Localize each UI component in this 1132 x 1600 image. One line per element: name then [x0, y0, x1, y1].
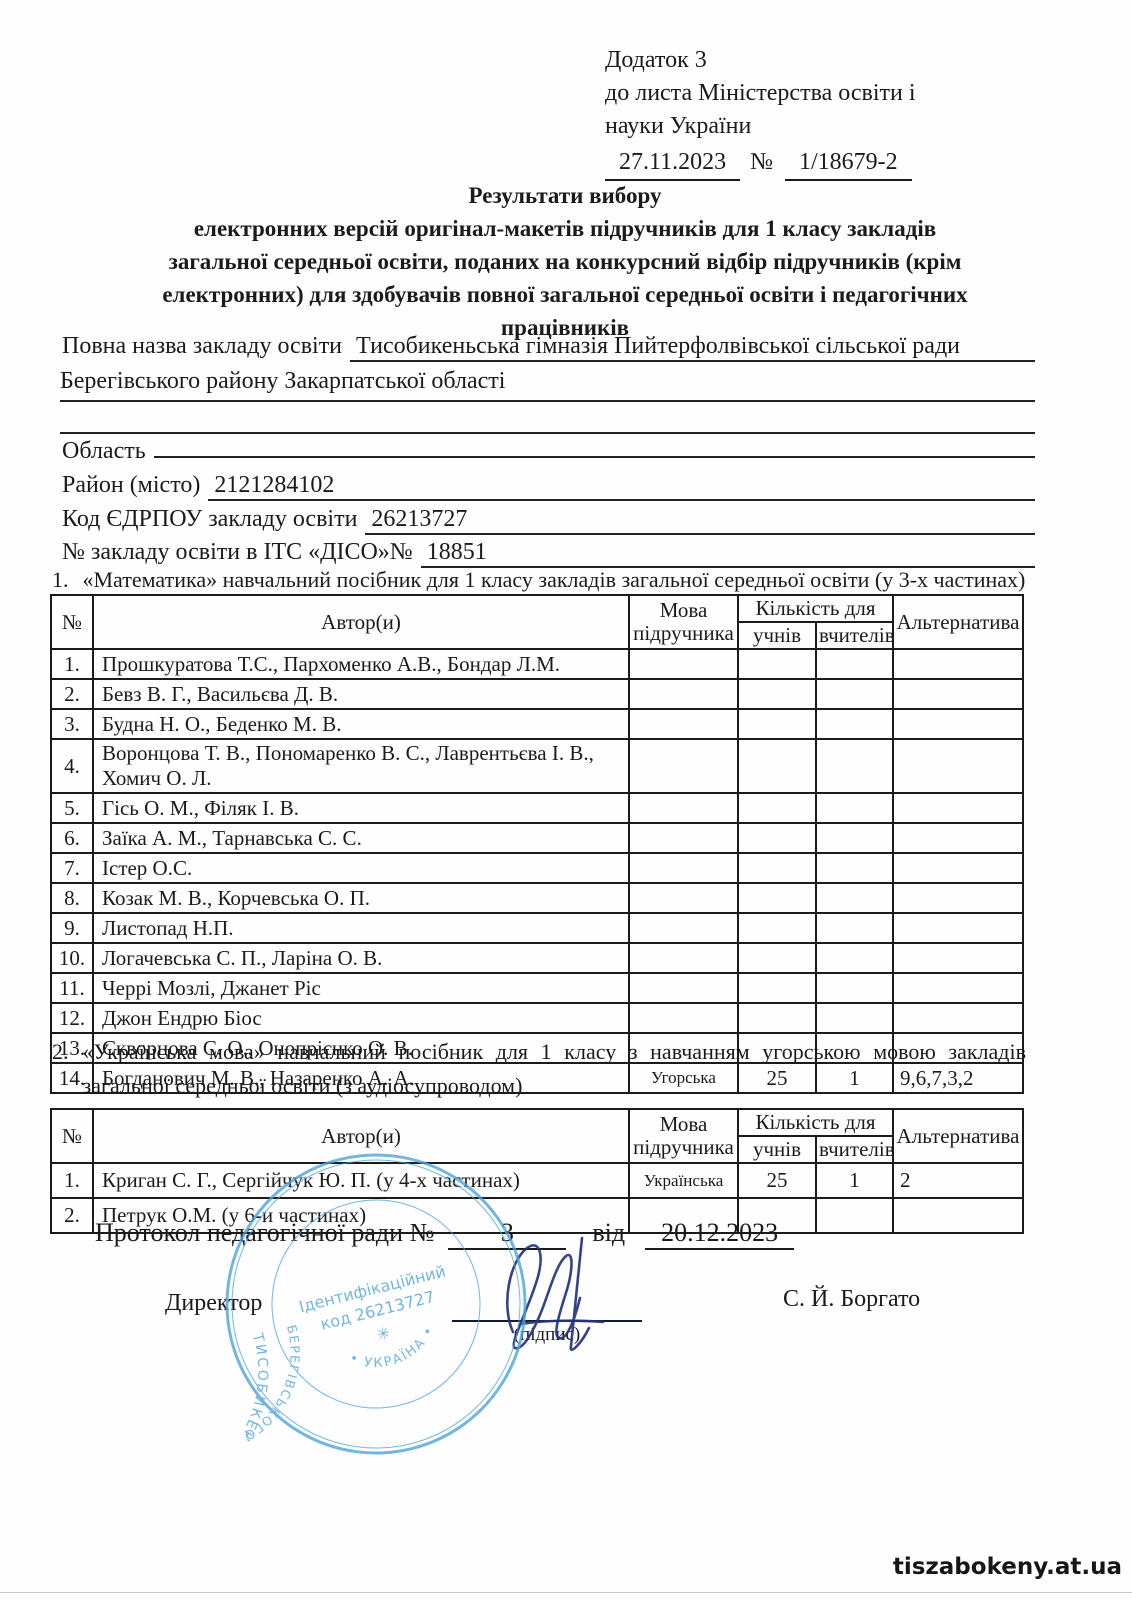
cell-alternative — [893, 943, 1023, 973]
cell-students — [738, 973, 816, 1003]
oblast-label: Область — [62, 438, 146, 465]
col-header-language: Мова підручника — [629, 1109, 738, 1163]
annex-date-row: 27.11.2023 № 1/18679-2 — [605, 146, 1085, 181]
cell-teachers — [816, 853, 893, 883]
cell-authors: Бевз В. Г., Васильєва Д. В. — [93, 679, 629, 709]
cell-teachers — [816, 739, 893, 793]
cell-authors: Джон Ендрю Біос — [93, 1003, 629, 1033]
cell-language — [629, 883, 738, 913]
cell-language — [629, 709, 738, 739]
stamp-bottom-text: • УКРАЇНА • — [342, 1321, 444, 1380]
cell-teachers — [816, 1003, 893, 1033]
col-header-alternative: Альтернатива — [893, 595, 1023, 649]
math-authors-table: № Автор(и) Мова підручника Кількість для… — [50, 594, 1024, 1094]
school-name-label: Повна назва закладу освіти — [62, 333, 342, 360]
form-field-rayon: Район (місто) 2121284102 — [62, 472, 1035, 504]
ukrainian-section-heading: 2. «Українська мова» навчальний посібник… — [52, 1036, 1026, 1101]
site-watermark: tiszabokeny.at.ua — [893, 1554, 1122, 1580]
cell-students — [738, 913, 816, 943]
table-row: 6.Заїка А. М., Тарнавська С. С. — [51, 823, 1023, 853]
table1-header: № Автор(и) Мова підручника Кількість для… — [51, 595, 1023, 649]
col-header-language-line2: підручника — [632, 622, 735, 645]
edrpou-label: Код ЄДРПОУ закладу освіти — [62, 506, 357, 533]
table-row: 9.Листопад Н.П. — [51, 913, 1023, 943]
cell-students — [738, 679, 816, 709]
stamp-outer-ring-text: ТИСОБИКЕНЬСЬКА ГІМНАЗІЯ ПИЙТЕРФОЛВІВСЬКО… — [185, 1203, 300, 1494]
cell-students — [738, 853, 816, 883]
cell-authors: Черрі Мозлі, Джанет Ріс — [93, 973, 629, 1003]
section1-number: 1. — [52, 564, 69, 595]
title-line: загальної середньої освіти, поданих на к… — [58, 245, 1072, 278]
cell-teachers — [816, 943, 893, 973]
table-row: 5.Гісь О. М., Філяк І. В. — [51, 793, 1023, 823]
col-header-num: № — [51, 595, 93, 649]
cell-authors: Будна Н. О., Беденко М. В. — [93, 709, 629, 739]
cell-num: 12. — [51, 1003, 93, 1033]
cell-num: 2. — [51, 1198, 93, 1233]
cell-language — [629, 649, 738, 679]
form-field-edrpou: Код ЄДРПОУ закладу освіти 26213727 — [62, 506, 1035, 538]
cell-alternative — [893, 649, 1023, 679]
cell-num: 1. — [51, 1163, 93, 1198]
col-header-language: Мова підручника — [629, 595, 738, 649]
col-header-language-line2: підручника — [632, 1136, 735, 1159]
cell-teachers — [816, 883, 893, 913]
cell-teachers — [816, 913, 893, 943]
cell-teachers — [816, 679, 893, 709]
rayon-label: Район (місто) — [62, 472, 200, 499]
cell-language — [629, 739, 738, 793]
annex-number: 1/18679-2 — [785, 146, 912, 181]
cell-teachers — [816, 1198, 893, 1233]
cell-authors: Заїка А. М., Тарнавська С. С. — [93, 823, 629, 853]
table-row: 3.Будна Н. О., Беденко М. В. — [51, 709, 1023, 739]
edrpou-value: 26213727 — [365, 506, 1035, 535]
cell-teachers: 1 — [816, 1163, 893, 1198]
title-line: Результати вибору — [58, 179, 1072, 212]
math-section-heading: 1. «Математика» навчальний посібник для … — [52, 564, 1026, 595]
school-name-value: Тисобикеньська гімназія Пийтерфолвівсько… — [350, 333, 1035, 362]
cell-num: 10. — [51, 943, 93, 973]
title-line: електронних версій оригінал-макетів підр… — [58, 212, 1072, 245]
cell-language — [629, 853, 738, 883]
table1-body: 1.Прошкуратова Т.С., Пархоменко А.В., Бо… — [51, 649, 1023, 1093]
cell-teachers — [816, 793, 893, 823]
table-row: 10.Логачевська С. П., Ларіна О. В. — [51, 943, 1023, 973]
col-header-language-line1: Мова — [632, 1113, 735, 1136]
cell-num: 1. — [51, 649, 93, 679]
cell-language — [629, 943, 738, 973]
cell-authors: Воронцова Т. В., Пономаренко В. С., Лавр… — [93, 739, 629, 793]
cell-language — [629, 1003, 738, 1033]
page-title: Результати виборуелектронних версій ориг… — [58, 179, 1072, 344]
cell-alternative — [893, 709, 1023, 739]
cell-alternative — [893, 913, 1023, 943]
cell-alternative — [893, 1003, 1023, 1033]
form-field-school-name-line2: Берегівського району Закарпатської облас… — [60, 368, 1035, 402]
cell-alternative — [893, 973, 1023, 1003]
stamp-asterisk: ✳ — [375, 1323, 393, 1345]
cell-alternative — [893, 853, 1023, 883]
col-header-teachers: вчителів — [816, 622, 893, 649]
cell-num: 9. — [51, 913, 93, 943]
cell-language — [629, 679, 738, 709]
col-header-language-line1: Мова — [632, 599, 735, 622]
cell-students — [738, 709, 816, 739]
cell-num: 2. — [51, 679, 93, 709]
annex-date: 27.11.2023 — [605, 146, 740, 181]
cell-alternative — [893, 739, 1023, 793]
cell-authors: Листопад Н.П. — [93, 913, 629, 943]
cell-teachers — [816, 973, 893, 1003]
col-header-quantity-group: Кількість для — [738, 1109, 893, 1136]
cell-students — [738, 1003, 816, 1033]
school-name-value-line2: Берегівського району Закарпатської облас… — [60, 368, 505, 395]
section2-heading-line2: загальної середньої освіти (з аудіосупро… — [83, 1070, 1027, 1101]
cell-authors: Істер О.С. — [93, 853, 629, 883]
cell-language: Українська — [629, 1163, 738, 1198]
cell-num: 4. — [51, 739, 93, 793]
annex-line2: до листа Міністерства освіти і — [605, 77, 1085, 110]
cell-teachers — [816, 649, 893, 679]
table-row: 4.Воронцова Т. В., Пономаренко В. С., Ла… — [51, 739, 1023, 793]
annex-line1: Додаток 3 — [605, 44, 1085, 77]
annex-note: Додаток 3 до листа Міністерства освіти і… — [605, 44, 1085, 181]
col-header-authors: Автор(и) — [93, 595, 629, 649]
table-row: 12.Джон Ендрю Біос — [51, 1003, 1023, 1033]
cell-students — [738, 649, 816, 679]
cell-authors: Гісь О. М., Філяк І. В. — [93, 793, 629, 823]
cell-students: 25 — [738, 1163, 816, 1198]
section2-heading-text: «Українська мова» навчальний посібник дл… — [83, 1036, 1027, 1101]
section2-number: 2. — [52, 1036, 69, 1101]
section2-heading-line1: «Українська мова» навчальний посібник дл… — [83, 1036, 1027, 1067]
cell-num: 5. — [51, 793, 93, 823]
cell-students — [738, 793, 816, 823]
table2-header: № Автор(и) Мова підручника Кількість для… — [51, 1109, 1023, 1163]
diso-label: № закладу освіти в ІТС «ДІСО»№ — [62, 539, 413, 566]
cell-teachers — [816, 709, 893, 739]
title-line: електронних) для здобувачів повної загал… — [58, 278, 1072, 311]
table-row: 1.Прошкуратова Т.С., Пархоменко А.В., Бо… — [51, 649, 1023, 679]
form-field-blank-line — [60, 402, 1035, 434]
cell-students — [738, 883, 816, 913]
form-field-oblast: Область — [62, 438, 1035, 470]
col-header-num: № — [51, 1109, 93, 1163]
cell-language — [629, 913, 738, 943]
cell-teachers — [816, 823, 893, 853]
annex-line3: науки України — [605, 110, 1085, 143]
cell-num: 11. — [51, 973, 93, 1003]
scan-edge-line — [0, 1592, 1132, 1593]
cell-students — [738, 739, 816, 793]
protocol-date: 20.12.2023 — [645, 1218, 794, 1250]
cell-alternative — [893, 793, 1023, 823]
cell-authors: Прошкуратова Т.С., Пархоменко А.В., Бонд… — [93, 649, 629, 679]
table-row: 7.Істер О.С. — [51, 853, 1023, 883]
col-header-quantity-group: Кількість для — [738, 595, 893, 622]
document-page: Додаток 3 до листа Міністерства освіти і… — [0, 0, 1132, 1600]
cell-language — [629, 793, 738, 823]
col-header-students: учнів — [738, 622, 816, 649]
cell-alternative — [893, 883, 1023, 913]
col-header-alternative: Альтернатива — [893, 1109, 1023, 1163]
cell-language — [629, 823, 738, 853]
rayon-value: 2121284102 — [208, 472, 1035, 501]
cell-alternative — [893, 1198, 1023, 1233]
table-row: 2.Бевз В. Г., Васильєва Д. В. — [51, 679, 1023, 709]
cell-alternative — [893, 823, 1023, 853]
cell-language — [629, 973, 738, 1003]
section1-heading-text: «Математика» навчальний посібник для 1 к… — [83, 564, 1026, 595]
form-field-school-name: Повна назва закладу освіти Тисобикеньськ… — [62, 333, 1035, 365]
col-header-students: учнів — [738, 1136, 816, 1163]
cell-students — [738, 943, 816, 973]
annex-no-sign: № — [750, 146, 773, 179]
oblast-value — [154, 456, 1035, 458]
cell-alternative — [893, 679, 1023, 709]
cell-num: 7. — [51, 853, 93, 883]
cell-authors: Логачевська С. П., Ларіна О. В. — [93, 943, 629, 973]
director-name: С. Й. Боргато — [783, 1286, 920, 1313]
col-header-teachers: вчителів — [816, 1136, 893, 1163]
cell-alternative: 2 — [893, 1163, 1023, 1198]
table-row: 11.Черрі Мозлі, Джанет Ріс — [51, 973, 1023, 1003]
table-row: 8.Козак М. В., Корчевська О. П. — [51, 883, 1023, 913]
cell-students — [738, 823, 816, 853]
cell-authors: Козак М. В., Корчевська О. П. — [93, 883, 629, 913]
cell-num: 3. — [51, 709, 93, 739]
cell-num: 8. — [51, 883, 93, 913]
cell-num: 6. — [51, 823, 93, 853]
